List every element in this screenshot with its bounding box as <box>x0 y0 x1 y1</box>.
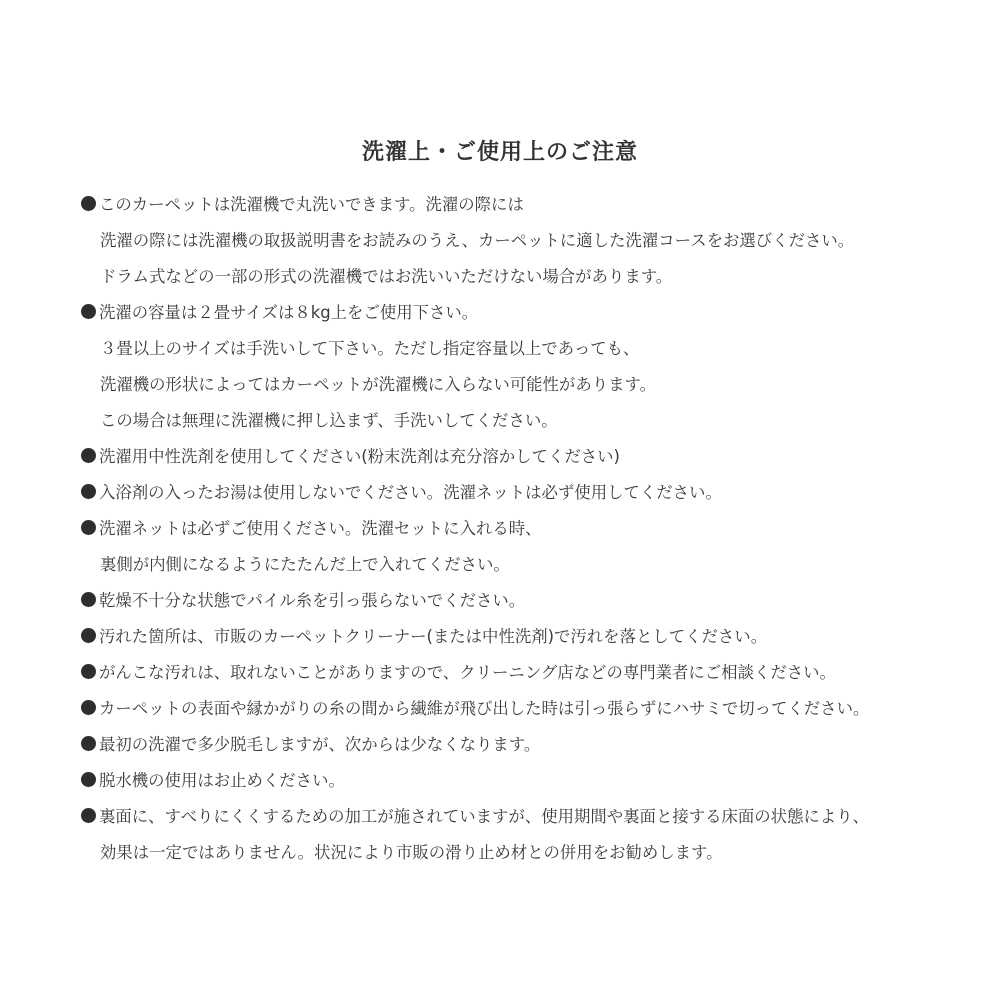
note-item: 洗濯の容量は２畳サイズは８kg上をご使用下さい。 ３畳以上のサイズは手洗いして下… <box>81 295 981 439</box>
note-text: カーペットの表面や縁かがりの糸の間から繊維が飛び出した時は引っ張らずにハサミで切… <box>99 699 869 718</box>
bullet-icon <box>81 304 96 319</box>
care-notes-list: このカーペットは洗濯機で丸洗いできます。洗濯の際には 洗濯の際には洗濯機の取扱説… <box>81 187 981 871</box>
note-line: ドラム式などの一部の形式の洗濯機ではお洗いいただけない場合があります。 <box>81 259 981 295</box>
note-line: 効果は一定ではありません。状況により市販の滑り止め材との併用をお勧めします。 <box>81 835 981 871</box>
note-line: 裏側が内側になるようにたたんだ上で入れてください。 <box>81 547 981 583</box>
note-item: 脱水機の使用はお止めください。 <box>81 763 981 799</box>
note-line: 入浴剤の入ったお湯は使用しないでください。洗濯ネットは必ず使用してください。 <box>81 475 981 511</box>
note-text: 脱水機の使用はお止めください。 <box>99 771 345 790</box>
bullet-icon <box>81 628 96 643</box>
note-line: 脱水機の使用はお止めください。 <box>81 763 981 799</box>
note-text: このカーペットは洗濯機で丸洗いできます。洗濯の際には <box>99 195 524 214</box>
note-text: 洗濯ネットは必ずご使用ください。洗濯セットに入れる時、 <box>99 519 542 538</box>
note-text: 裏面に、すべりにくくするための加工が施されていますが、使用期間や裏面と接する床面… <box>99 807 869 826</box>
note-text: 最初の洗濯で多少脱毛しますが、次からは少なくなります。 <box>99 735 540 754</box>
bullet-icon <box>81 520 96 535</box>
note-line: このカーペットは洗濯機で丸洗いできます。洗濯の際には <box>81 187 981 223</box>
note-line: 洗濯機の形状によってはカーペットが洗濯機に入らない可能性があります。 <box>81 367 981 403</box>
note-item: 裏面に、すべりにくくするための加工が施されていますが、使用期間や裏面と接する床面… <box>81 799 981 871</box>
note-item: カーペットの表面や縁かがりの糸の間から繊維が飛び出した時は引っ張らずにハサミで切… <box>81 691 981 727</box>
bullet-icon <box>81 736 96 751</box>
note-line: がんこな汚れは、取れないことがありますので、クリーニング店などの専門業者にご相談… <box>81 655 981 691</box>
note-item: このカーペットは洗濯機で丸洗いできます。洗濯の際には 洗濯の際には洗濯機の取扱説… <box>81 187 981 295</box>
note-line: 最初の洗濯で多少脱毛しますが、次からは少なくなります。 <box>81 727 981 763</box>
note-line: この場合は無理に洗濯機に押し込まず、手洗いしてください。 <box>81 403 981 439</box>
note-line: 洗濯用中性洗剤を使用してください(粉末洗剤は充分溶かしてください) <box>81 439 981 475</box>
note-text: 汚れた箇所は、市販のカーペットクリーナー(または中性洗剤)で汚れを落としてくださ… <box>99 627 767 646</box>
note-line: 洗濯の容量は２畳サイズは８kg上をご使用下さい。 <box>81 295 981 331</box>
note-line: 洗濯ネットは必ずご使用ください。洗濯セットに入れる時、 <box>81 511 981 547</box>
note-item: 最初の洗濯で多少脱毛しますが、次からは少なくなります。 <box>81 727 981 763</box>
note-text: 乾燥不十分な状態でパイル糸を引っ張らないでください。 <box>99 591 525 610</box>
note-item: 洗濯ネットは必ずご使用ください。洗濯セットに入れる時、 裏側が内側になるようにた… <box>81 511 981 583</box>
note-item: 入浴剤の入ったお湯は使用しないでください。洗濯ネットは必ず使用してください。 <box>81 475 981 511</box>
note-line: カーペットの表面や縁かがりの糸の間から繊維が飛び出した時は引っ張らずにハサミで切… <box>81 691 981 727</box>
note-line: 洗濯の際には洗濯機の取扱説明書をお読みのうえ、カーペットに適した洗濯コースをお選… <box>81 223 981 259</box>
note-item: 乾燥不十分な状態でパイル糸を引っ張らないでください。 <box>81 583 981 619</box>
note-item: がんこな汚れは、取れないことがありますので、クリーニング店などの専門業者にご相談… <box>81 655 981 691</box>
bullet-icon <box>81 700 96 715</box>
bullet-icon <box>81 664 96 679</box>
bullet-icon <box>81 592 96 607</box>
note-line: ３畳以上のサイズは手洗いして下さい。ただし指定容量以上であっても、 <box>81 331 981 367</box>
note-text: がんこな汚れは、取れないことがありますので、クリーニング店などの専門業者にご相談… <box>99 663 836 682</box>
note-line: 乾燥不十分な状態でパイル糸を引っ張らないでください。 <box>81 583 981 619</box>
note-line: 裏面に、すべりにくくするための加工が施されていますが、使用期間や裏面と接する床面… <box>81 799 981 835</box>
bullet-icon <box>81 196 96 211</box>
note-item: 汚れた箇所は、市販のカーペットクリーナー(または中性洗剤)で汚れを落としてくださ… <box>81 619 981 655</box>
note-line: 汚れた箇所は、市販のカーペットクリーナー(または中性洗剤)で汚れを落としてくださ… <box>81 619 981 655</box>
note-text: 入浴剤の入ったお湯は使用しないでください。洗濯ネットは必ず使用してください。 <box>99 483 722 502</box>
note-text: 洗濯の容量は２畳サイズは８kg上をご使用下さい。 <box>99 303 478 322</box>
bullet-icon <box>81 772 96 787</box>
bullet-icon <box>81 808 96 823</box>
bullet-icon <box>81 484 96 499</box>
page-title: 洗濯上・ご使用上のご注意 <box>0 137 1000 169</box>
bullet-icon <box>81 448 96 463</box>
note-item: 洗濯用中性洗剤を使用してください(粉末洗剤は充分溶かしてください) <box>81 439 981 475</box>
note-text: 洗濯用中性洗剤を使用してください(粉末洗剤は充分溶かしてください) <box>99 447 620 466</box>
